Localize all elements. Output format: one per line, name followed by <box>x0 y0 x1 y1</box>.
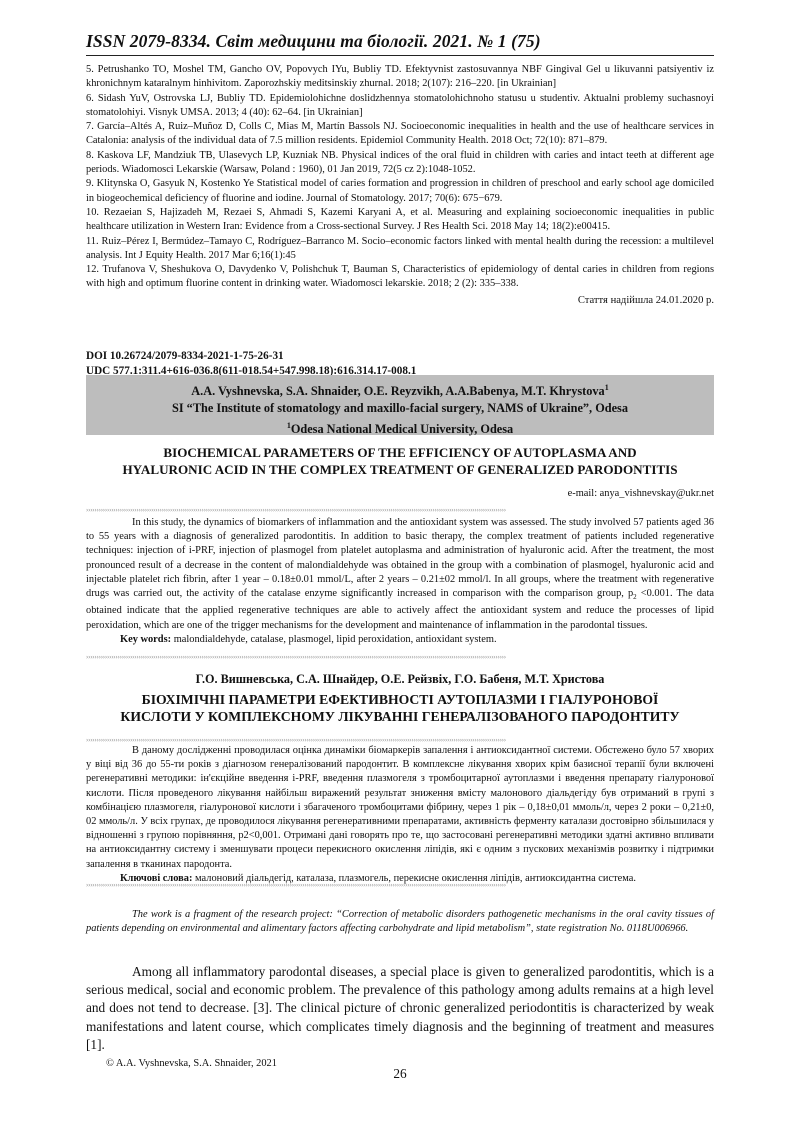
article-title-uk: БІОХІМІЧНІ ПАРАМЕТРИ ЕФЕКТИВНОСТІ АУТОПЛ… <box>86 691 714 725</box>
reference-item: 12. Trufanova V, Sheshukova O, Davydenko… <box>86 263 714 292</box>
research-project-note: The work is a fragment of the research p… <box>86 908 714 936</box>
abstract-en: In this study, the dynamics of biomarker… <box>86 516 714 647</box>
reference-item: 7. García–Altés A, Ruiz–Muñoz D, Colls C… <box>86 120 714 149</box>
author-email[interactable]: e-mail: anya_vishnevskay@ukr.net <box>568 488 714 499</box>
authors-uk: Г.О. Вишневська, С.А. Шнайдер, О.Е. Рейз… <box>86 672 714 687</box>
introduction-paragraph: Among all inflammatory parodontal diseas… <box>86 963 714 1054</box>
affiliation-2: 1Odesa National Medical University, Odes… <box>86 417 714 438</box>
article-title-en: BIOCHEMICAL PARAMETERS OF THE EFFICIENCY… <box>86 445 714 478</box>
received-date: Стаття надійшла 24.01.2020 р. <box>578 295 714 306</box>
journal-header: ISSN 2079-8334. Світ медицини та біологі… <box>86 31 714 56</box>
reference-item: 9. Klitynska O, Gasyuk N, Kostenko Ye St… <box>86 177 714 206</box>
reference-item: 5. Petrushanko TO, Moshel TM, Gancho OV,… <box>86 63 714 92</box>
affiliation-1: SI “The Institute of stomatology and max… <box>86 400 714 417</box>
reference-list: 5. Petrushanko TO, Moshel TM, Gancho OV,… <box>86 63 714 292</box>
zigzag-divider: ››››››››››››››››››››››››››››››››››››››››… <box>86 655 714 661</box>
reference-item: 10. Rezaeian S, Hajizadeh M, Rezaei S, A… <box>86 206 714 235</box>
zigzag-divider: ››››››››››››››››››››››››››››››››››››››››… <box>86 883 714 889</box>
authors-affiliation-box: A.A. Vyshnevska, S.A. Shnaider, O.E. Rey… <box>86 375 714 435</box>
authors-en: A.A. Vyshnevska, S.A. Shnaider, O.E. Rey… <box>86 379 714 400</box>
zigzag-divider: ››››››››››››››››››››››››››››››››››››››››… <box>86 508 714 514</box>
keywords-en: Key words: malondialdehyde, catalase, pl… <box>86 633 714 647</box>
page-number: 26 <box>86 1066 714 1082</box>
reference-item: 6. Sidash YuV, Ostrovska LJ, Bubliy TD. … <box>86 92 714 121</box>
abstract-uk: В даному дослідженні проводилася оцінка … <box>86 744 714 886</box>
reference-item: 8. Kaskova LF, Mandziuk TB, Ulasevych LP… <box>86 149 714 178</box>
reference-item: 11. Ruiz–Pérez I, Bermúdez–Tamayo C, Rod… <box>86 235 714 264</box>
doi-line: DOI 10.26724/2079-8334-2021-1-75-26-31 <box>86 349 416 364</box>
doi-block: DOI 10.26724/2079-8334-2021-1-75-26-31 U… <box>86 349 416 378</box>
